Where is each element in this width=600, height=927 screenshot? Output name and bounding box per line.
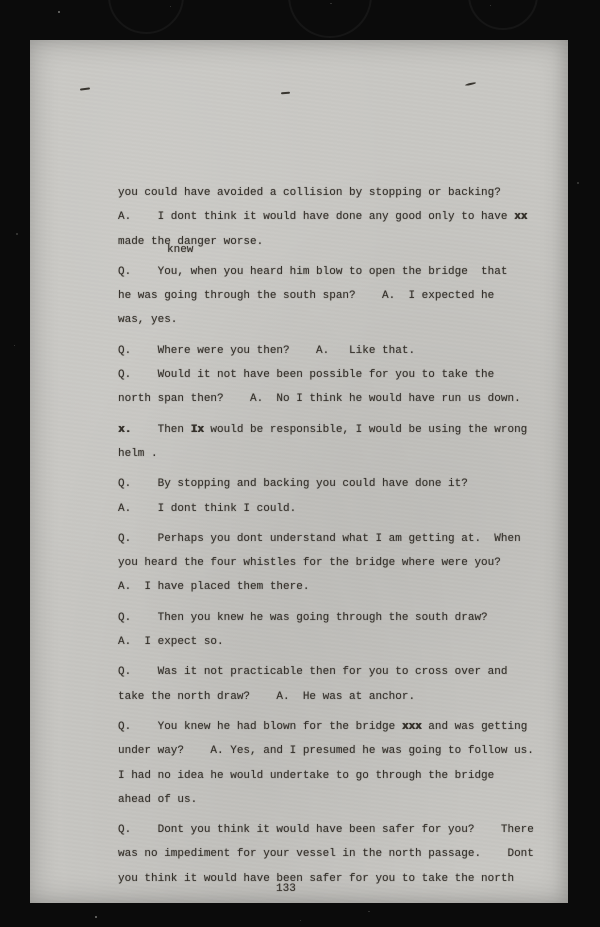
paragraph: Q. You, when you heard him blow to open … (118, 260, 534, 333)
typed-segment: Q. Perhaps you dont understand what I am… (118, 533, 521, 545)
dust-speck (490, 5, 491, 6)
text-line: Q. You knew he had blown for the bridge … (118, 715, 534, 739)
paragraph: Q. Dont you think it would have been saf… (118, 818, 534, 891)
dust-speck (170, 6, 171, 7)
typed-segment: would be responsible, I would be using t… (204, 424, 527, 436)
typed-segment: was, yes. (118, 314, 177, 326)
typed-segment: Q. Would it not have been possible for y… (118, 369, 494, 381)
text-line: A. I expect so. (118, 630, 534, 654)
paragraph: Q. Then you knew he was going through th… (118, 606, 534, 655)
text-line: x. Then Ix would be responsible, I would… (118, 418, 534, 442)
text-line: Q. Was it not practicable then for you t… (118, 660, 534, 684)
typed-segment: A. I expect so. (118, 636, 224, 648)
text-line: Q. By stopping and backing you could hav… (118, 472, 534, 496)
pencil-dash-mark (281, 92, 290, 95)
typed-segment: was no impediment for your vessel in the… (118, 848, 534, 860)
paragraph: Q. You knew he had blown for the bridge … (118, 715, 534, 812)
dust-speck (58, 11, 60, 13)
typed-segment: and was getting (422, 721, 528, 733)
typed-segment: A. I dont think it would have done any g… (118, 211, 514, 223)
text-line: A. I dont think I could. (118, 497, 534, 521)
typed-segment: Q. Was it not practicable then for you t… (118, 666, 507, 678)
paragraph: Q. Where were you then? A. Like that.Q. … (118, 339, 534, 412)
text-line: was no impediment for your vessel in the… (118, 842, 534, 866)
pencil-dash-mark (80, 87, 90, 90)
page-number: 133 (276, 883, 296, 895)
text-line: A. I have placed them there. (118, 575, 534, 599)
typed-segment: he was going through the south span? A. … (118, 290, 494, 302)
dust-speck (14, 345, 15, 346)
typed-segment: Q. Then you knew he was going through th… (118, 612, 488, 624)
text-line: Q. Where were you then? A. Like that. (118, 339, 534, 363)
typed-segment: I had no idea he would undertake to go t… (118, 770, 494, 782)
overstruck-text: Ix (191, 424, 204, 436)
text-line: was, yes. (118, 308, 534, 332)
dust-speck (16, 233, 18, 235)
typed-segment: Q. You knew he had blown for the bridge (118, 721, 402, 733)
film-artifact-arc (288, 0, 372, 38)
paragraph: Q. Was it not practicable then for you t… (118, 660, 534, 709)
typed-segment: helm . (118, 448, 158, 460)
text-line: Q. You, when you heard him blow to open … (118, 260, 534, 284)
typed-segment: Q. By stopping and backing you could hav… (118, 478, 468, 490)
paragraph: Q. By stopping and backing you could hav… (118, 472, 534, 521)
paragraph: x. Then Ix would be responsible, I would… (118, 418, 534, 467)
text-line: you think it would have been safer for y… (118, 867, 534, 891)
typed-segment: Q. You, when you heard him blow to open … (118, 266, 507, 278)
overstruck-text: x. (118, 424, 131, 436)
text-line: ahead of us. (118, 788, 534, 812)
text-line: Q. Would it not have been possible for y… (118, 363, 534, 387)
text-line: north span then? A. No I think he would … (118, 387, 534, 411)
typed-segment: under way? A. Yes, and I presumed he was… (118, 745, 534, 757)
typed-segment: take the north draw? A. He was at anchor… (118, 691, 415, 703)
typed-segment: ahead of us. (118, 794, 197, 806)
overstruck-text: xx (514, 211, 527, 223)
dust-speck (95, 916, 97, 918)
text-line: A. I dont think it would have done any g… (118, 205, 534, 229)
dust-speck (300, 920, 301, 921)
text-line: take the north draw? A. He was at anchor… (118, 685, 534, 709)
text-line: helm . (118, 442, 534, 466)
typed-segment: Q. Dont you think it would have been saf… (118, 824, 534, 836)
text-line: Q. Dont you think it would have been saf… (118, 818, 534, 842)
paragraph: Q. Perhaps you dont understand what I am… (118, 527, 534, 600)
typed-insert-above-line: knew (167, 245, 193, 256)
text-line: I had no idea he would undertake to go t… (118, 764, 534, 788)
text-line: you could have avoided a collision by st… (118, 181, 534, 205)
text-line: he was going through the south span? A. … (118, 284, 534, 308)
text-line: Q. Then you knew he was going through th… (118, 606, 534, 630)
dust-speck (577, 182, 579, 184)
typed-text: you could have avoided a collision by st… (118, 181, 534, 891)
dust-speck (368, 911, 370, 912)
typed-segment: Q. Where were you then? A. Like that. (118, 345, 415, 357)
typed-segment: A. I have placed them there. (118, 581, 309, 593)
typed-segment: you could have avoided a collision by st… (118, 187, 501, 199)
typed-segment: Then (131, 424, 190, 436)
typed-segment: A. I dont think I could. (118, 503, 296, 515)
typed-segment: you think it would have been safer for y… (118, 873, 514, 885)
scanned-page: you could have avoided a collision by st… (30, 40, 568, 903)
text-line: Q. Perhaps you dont understand what I am… (118, 527, 534, 551)
overstruck-text: xxx (402, 721, 422, 733)
microfilm-frame: { "colors": { "surround": "#0b0b0b", "pa… (0, 0, 600, 927)
typed-segment: you heard the four whistles for the brid… (118, 557, 501, 569)
text-line: under way? A. Yes, and I presumed he was… (118, 739, 534, 763)
pencil-dash-mark (465, 82, 476, 86)
paragraph: you could have avoided a collision by st… (118, 181, 534, 254)
text-line: you heard the four whistles for the brid… (118, 551, 534, 575)
film-artifact-arc (468, 0, 538, 30)
dust-speck (330, 3, 332, 4)
film-artifact-arc (108, 0, 184, 34)
typed-segment: north span then? A. No I think he would … (118, 393, 521, 405)
